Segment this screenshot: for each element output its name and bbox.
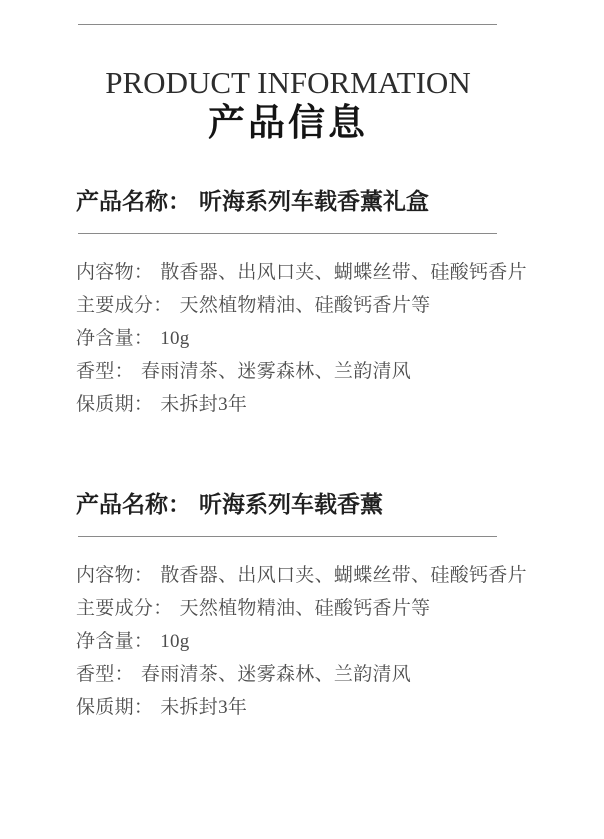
spec-label: 保质期： bbox=[76, 394, 153, 415]
spec-row-shelf-life: 保质期：未拆封3年 bbox=[76, 388, 546, 421]
spec-label: 净含量： bbox=[76, 631, 153, 652]
spec-label: 主要成分： bbox=[76, 598, 173, 619]
product-1-separator-line bbox=[78, 233, 497, 234]
product-2-specs: 内容物：散香器、出风口夹、蝴蝶丝带、硅酸钙香片 主要成分：天然植物精油、硅酸钙香… bbox=[76, 559, 546, 724]
spec-row-fragrance: 香型：春雨清茶、迷雾森林、兰韵清风 bbox=[76, 658, 546, 691]
product-1-name-label: 产品名称： bbox=[76, 189, 191, 214]
product-2-title: 产品名称：听海系列车载香薰 bbox=[76, 491, 536, 518]
spec-row-ingredients: 主要成分：天然植物精油、硅酸钙香片等 bbox=[76, 289, 546, 322]
spec-value: 春雨清茶、迷雾森林、兰韵清风 bbox=[141, 361, 411, 382]
spec-value: 散香器、出风口夹、蝴蝶丝带、硅酸钙香片 bbox=[160, 565, 527, 586]
spec-value: 天然植物精油、硅酸钙香片等 bbox=[180, 295, 431, 316]
product-1-specs: 内容物：散香器、出风口夹、蝴蝶丝带、硅酸钙香片 主要成分：天然植物精油、硅酸钙香… bbox=[76, 256, 546, 421]
spec-value: 天然植物精油、硅酸钙香片等 bbox=[180, 598, 431, 619]
spec-value: 散香器、出风口夹、蝴蝶丝带、硅酸钙香片 bbox=[160, 262, 527, 283]
product-1-name: 听海系列车载香薰礼盒 bbox=[199, 189, 429, 214]
spec-row-contents: 内容物：散香器、出风口夹、蝴蝶丝带、硅酸钙香片 bbox=[76, 559, 546, 592]
spec-value: 未拆封3年 bbox=[160, 697, 247, 718]
spec-label: 内容物： bbox=[76, 565, 153, 586]
product-2-name-label: 产品名称： bbox=[76, 492, 191, 517]
product-2-separator-line bbox=[78, 536, 497, 537]
product-information-page: PRODUCT INFORMATION 产品信息 产品名称：听海系列车载香薰礼盒… bbox=[0, 0, 604, 839]
spec-label: 主要成分： bbox=[76, 295, 173, 316]
spec-row-net-weight: 净含量：10g bbox=[76, 625, 546, 658]
spec-label: 香型： bbox=[76, 361, 134, 382]
spec-label: 香型： bbox=[76, 664, 134, 685]
spec-label: 内容物： bbox=[76, 262, 153, 283]
spec-row-fragrance: 香型：春雨清茶、迷雾森林、兰韵清风 bbox=[76, 355, 546, 388]
spec-row-net-weight: 净含量：10g bbox=[76, 322, 546, 355]
top-rule-line bbox=[78, 24, 497, 25]
spec-row-ingredients: 主要成分：天然植物精油、硅酸钙香片等 bbox=[76, 592, 546, 625]
page-title-chinese: 产品信息 bbox=[78, 101, 498, 147]
spec-label: 净含量： bbox=[76, 328, 153, 349]
page-title-english: PRODUCT INFORMATION bbox=[78, 64, 498, 102]
spec-label: 保质期： bbox=[76, 697, 153, 718]
spec-value: 10g bbox=[160, 631, 189, 652]
spec-row-shelf-life: 保质期：未拆封3年 bbox=[76, 691, 546, 724]
spec-value: 春雨清茶、迷雾森林、兰韵清风 bbox=[141, 664, 411, 685]
product-2-name: 听海系列车载香薰 bbox=[199, 492, 383, 517]
product-1-title: 产品名称：听海系列车载香薰礼盒 bbox=[76, 188, 536, 215]
spec-value: 未拆封3年 bbox=[160, 394, 247, 415]
spec-row-contents: 内容物：散香器、出风口夹、蝴蝶丝带、硅酸钙香片 bbox=[76, 256, 546, 289]
spec-value: 10g bbox=[160, 328, 189, 349]
